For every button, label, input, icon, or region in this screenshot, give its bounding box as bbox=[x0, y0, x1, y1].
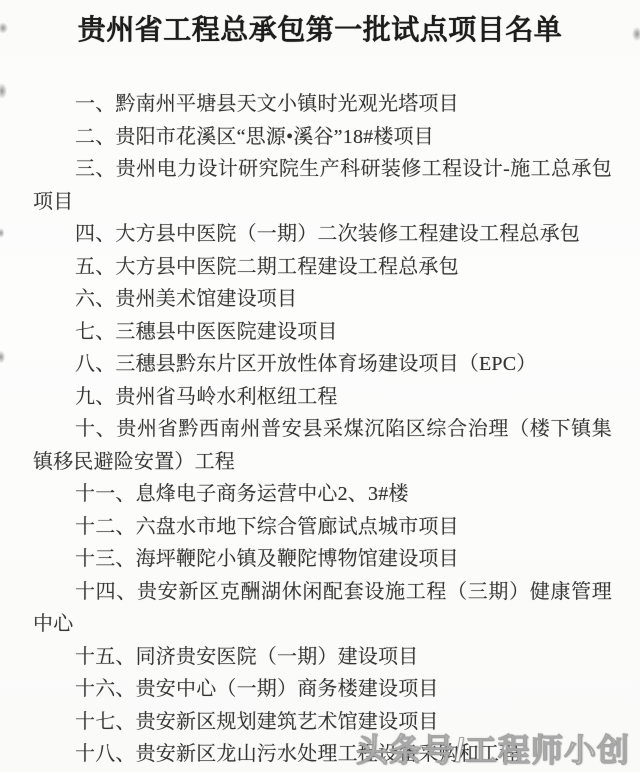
project-list: 一、黔南州平塘县天文小镇时光观光塔项目 二、贵阳市花溪区“思源•溪谷”18#楼项… bbox=[0, 88, 640, 771]
list-item: 九、贵州省马岭水利枢纽工程 bbox=[0, 381, 640, 414]
list-item: 十二、六盘水市地下综合管廊试点城市项目 bbox=[0, 511, 640, 544]
list-item: 一、黔南州平塘县天文小镇时光观光塔项目 bbox=[0, 88, 640, 121]
list-item: 七、三穗县中医医院建设项目 bbox=[0, 316, 640, 349]
list-item: 六、贵州美术馆建设项目 bbox=[0, 283, 640, 316]
list-item: 二、贵阳市花溪区“思源•溪谷”18#楼项目 bbox=[0, 121, 640, 154]
list-item: 十五、同济贵安医院（一期）建设项目 bbox=[0, 641, 640, 674]
watermark: 头条号/工程师小创 bbox=[356, 731, 640, 769]
document-page: 贵州省工程总承包第一批试点项目名单 一、黔南州平塘县天文小镇时光观光塔项目 二、… bbox=[0, 0, 640, 772]
list-item: 十四、贵安新区克酬湖休闲配套设施工程（三期）健康管理中心 bbox=[0, 576, 640, 641]
list-item: 四、大方县中医院（一期）二次装修工程建设工程总承包 bbox=[0, 218, 640, 251]
list-item: 十一、息烽电子商务运营中心2、3#楼 bbox=[0, 478, 640, 511]
list-item: 五、大方县中医院二期工程建设工程总承包 bbox=[0, 251, 640, 284]
list-item: 十、贵州省黔西南州普安县采煤沉陷区综合治理（楼下镇集镇移民避险安置）工程 bbox=[0, 413, 640, 478]
list-item: 三、贵州电力设计研究院生产科研装修工程设计-施工总承包项目 bbox=[0, 153, 640, 218]
list-item: 十三、海坪鞭陀小镇及鞭陀博物馆建设项目 bbox=[0, 543, 640, 576]
document-title: 贵州省工程总承包第一批试点项目名单 bbox=[0, 0, 640, 51]
list-item: 十六、贵安中心（一期）商务楼建设项目 bbox=[0, 673, 640, 706]
list-item: 八、三穗县黔东片区开放性体育场建设项目（EPC） bbox=[0, 348, 640, 381]
